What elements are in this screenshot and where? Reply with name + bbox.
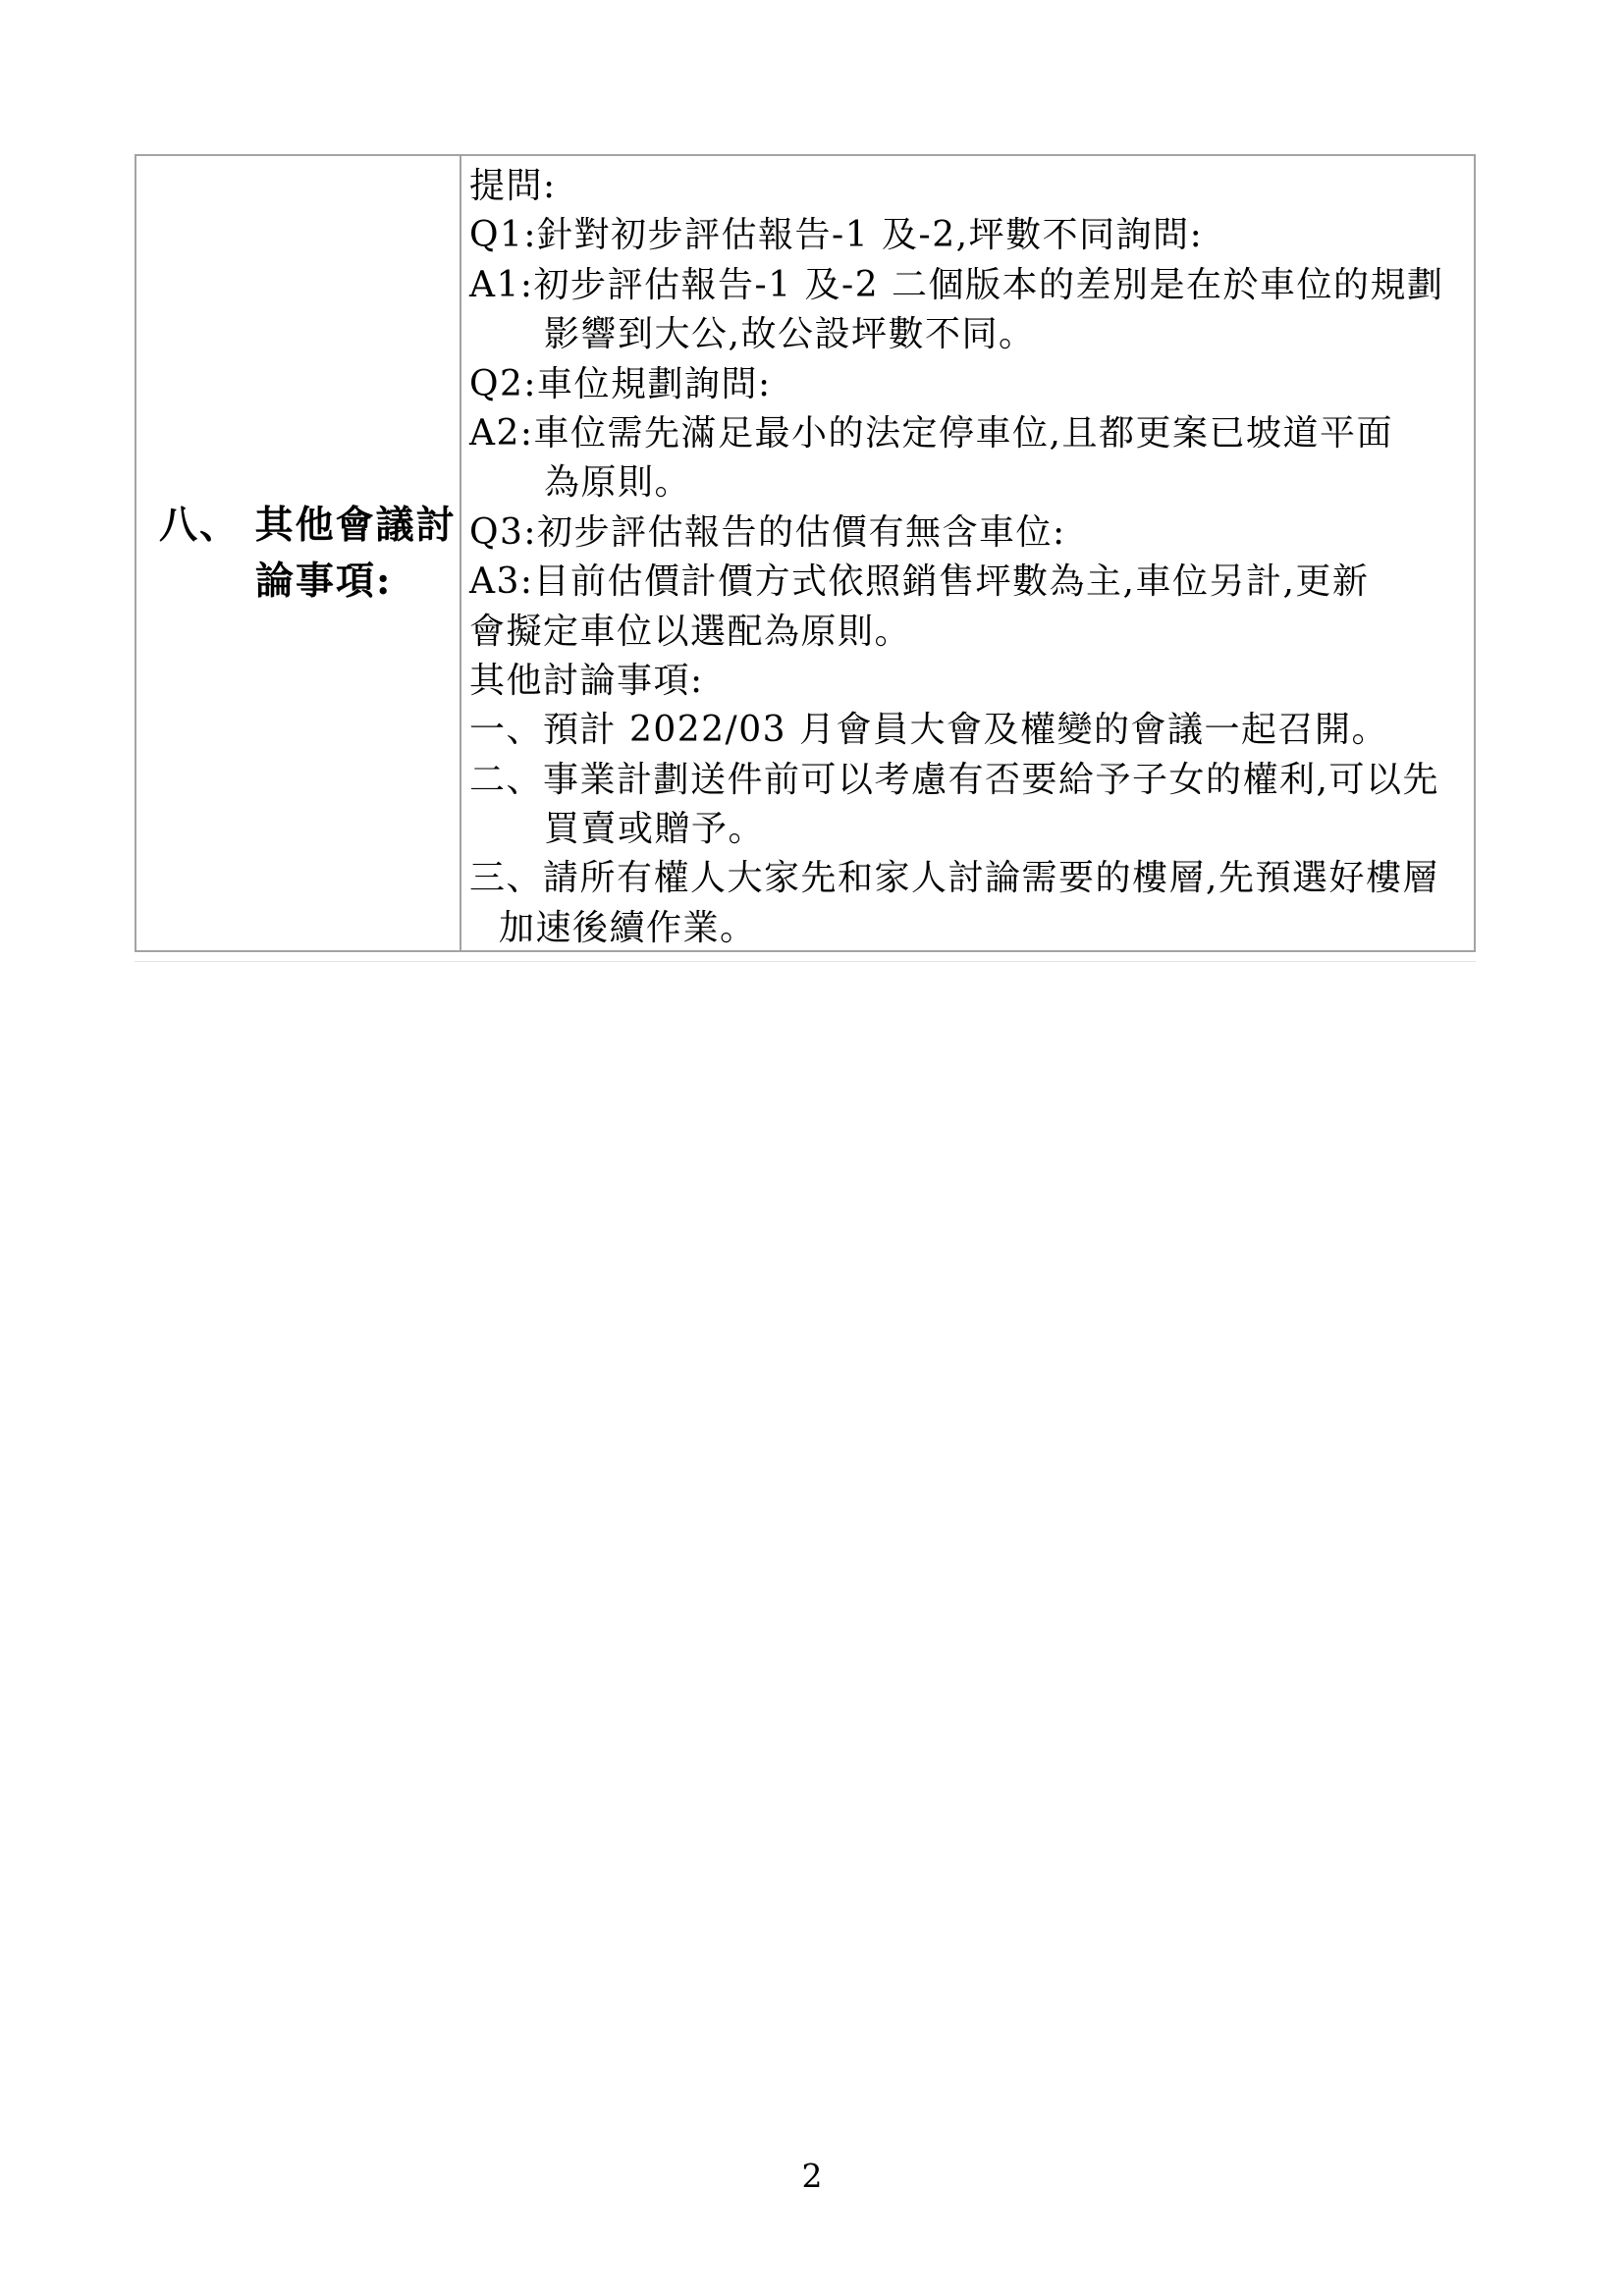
table-bottom-shadow [135, 961, 1476, 962]
text-line-a2-cont: 為原則。 [469, 458, 1468, 507]
text-line-item-3-cont: 加速後續作業。 [469, 904, 1468, 950]
row-content-cell: 提問: Q1:針對初步評估報告-1 及-2,坪數不同詢問: A1:初步評估報告-… [461, 156, 1474, 950]
text-line-other-topics-header: 其他討論事項: [469, 657, 1468, 706]
text-line-item-3: 三、請所有權人大家先和家人討論需要的樓層,先預選好樓層 [469, 854, 1468, 903]
row-label-line1: 八、 其他會議討 [159, 498, 460, 554]
text-line-item-2: 二、事業計劃送件前可以考慮有否要給予子女的權利,可以先 [469, 756, 1468, 805]
text-line-a1: A1:初步評估報告-1 及-2 二個版本的差別是在於車位的規劃 [469, 261, 1468, 310]
text-line-q1: Q1:針對初步評估報告-1 及-2,坪數不同詢問: [469, 211, 1468, 260]
text-line-a3-cont: 會擬定車位以選配為原則。 [469, 608, 1468, 657]
text-line-q3: Q3:初步評估報告的估價有無含車位: [469, 508, 1468, 558]
text-line-item-2-cont: 買賣或贈予。 [469, 805, 1468, 854]
text-line-a3: A3:目前估價計價方式依照銷售坪數為主,車位另計,更新 [469, 558, 1468, 607]
page-number: 2 [0, 2157, 1624, 2195]
text-line-item-1: 一、預計 2022/03 月會員大會及權變的會議一起召開。 [469, 706, 1468, 755]
meeting-minutes-table: 八、 其他會議討 論事項: 提問: Q1:針對初步評估報告-1 及-2,坪數不同… [135, 154, 1476, 952]
text-line-a1-cont: 影響到大公,故公設坪數不同。 [469, 310, 1468, 359]
text-line-question-header: 提問: [469, 162, 1468, 211]
text-line-a2: A2:車位需先滿足最小的法定停車位,且都更案已坡道平面 [469, 409, 1468, 458]
row-label-line2: 論事項: [159, 554, 460, 610]
row-label-cell: 八、 其他會議討 論事項: [136, 156, 461, 950]
text-line-q2: Q2:車位規劃詢問: [469, 360, 1468, 409]
document-page: 八、 其他會議討 論事項: 提問: Q1:針對初步評估報告-1 及-2,坪數不同… [0, 0, 1624, 2296]
